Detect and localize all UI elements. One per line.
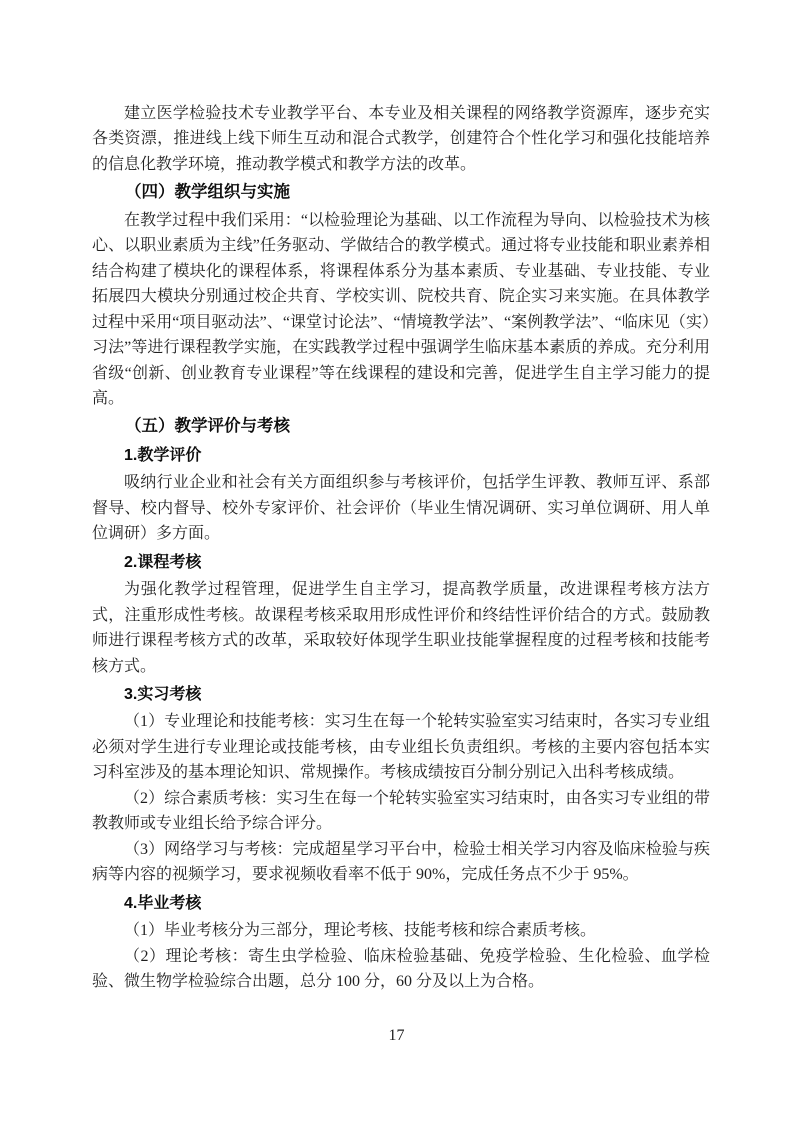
paragraph: （1）专业理论和技能考核：实习生在每一个轮转实验室实习结束时，各实习专业组必须对…: [92, 709, 710, 785]
paragraph: 建立医学检验技术专业教学平台、本专业及相关课程的网络教学资源库，逐步充实各类资漂…: [92, 101, 710, 177]
sub-heading: 4.毕业考核: [92, 891, 710, 916]
paragraph: 为强化教学过程管理，促进学生自主学习，提高教学质量，改进课程考核方法方式，注重形…: [92, 577, 710, 679]
section-heading: （五）教学评价与考核: [92, 414, 710, 439]
paragraph: （1）毕业考核分为三部分，理论考核、技能考核和综合素质考核。: [92, 918, 710, 943]
sub-heading: 1.教学评价: [92, 443, 710, 468]
paragraph: 在教学过程中我们采用：“以检验理论为基础、以工作流程为导向、以检验技术为核心、以…: [92, 208, 710, 412]
document-page: 建立医学检验技术专业教学平台、本专业及相关课程的网络教学资源库，逐步充实各类资漂…: [0, 0, 793, 1122]
paragraph: （2）理论考核：寄生虫学检验、临床检验基础、免疫学检验、生化检验、血学检验、微生…: [92, 944, 710, 995]
section-heading: （四）教学组织与实施: [92, 180, 710, 205]
paragraph: （3）网络学习与考核：完成超星学习平台中，检验士相关学习内容及临床检验与疾病等内…: [92, 837, 710, 888]
paragraph: （2）综合素质考核：实习生在每一个轮转实验室实习结束时，由各实习专业组的带教教师…: [92, 786, 710, 837]
sub-heading: 2.课程考核: [92, 550, 710, 575]
document-body: 建立医学检验技术专业教学平台、本专业及相关课程的网络教学资源库，逐步充实各类资漂…: [92, 101, 710, 994]
page-number: 17: [0, 1026, 793, 1046]
paragraph: 吸纳行业企业和社会有关方面组织参与考核评价，包括学生评教、教师互评、系部督导、校…: [92, 470, 710, 546]
sub-heading: 3.实习考核: [92, 682, 710, 707]
